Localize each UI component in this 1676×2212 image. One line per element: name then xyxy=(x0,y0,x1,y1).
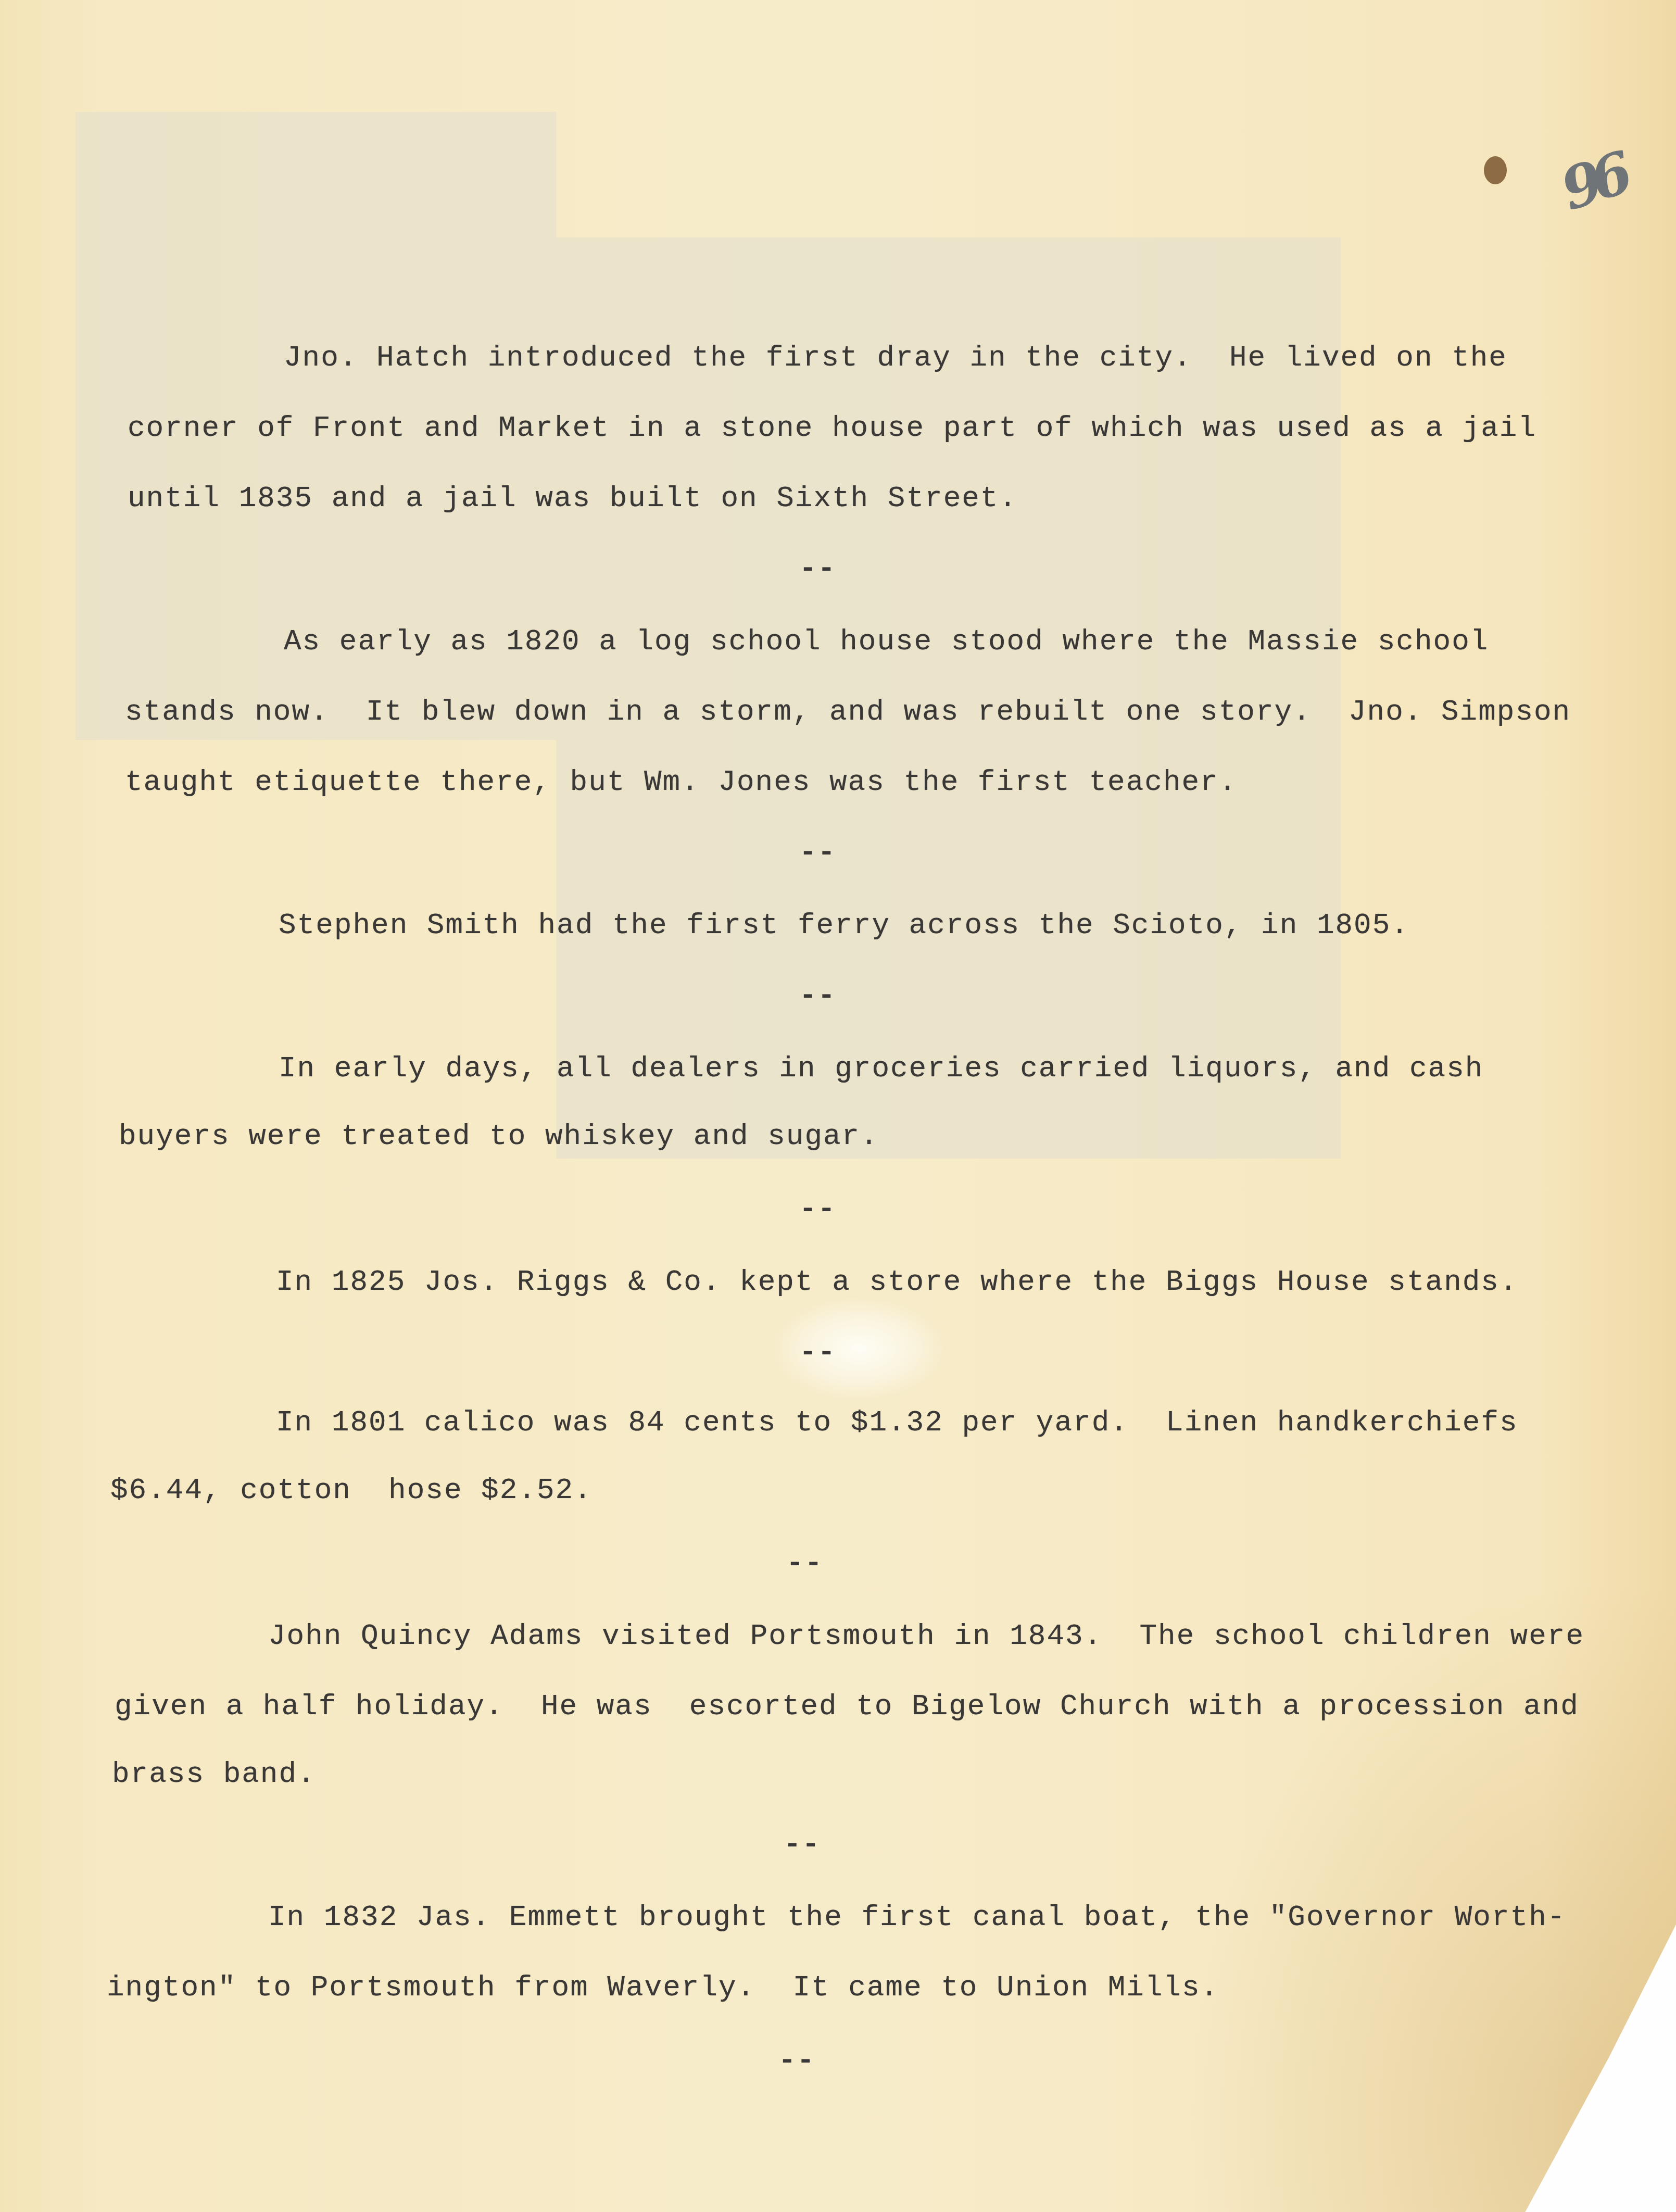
entry-2-line-2: stands now. It blew down in a storm, and… xyxy=(125,695,1571,728)
paper-tear-mark xyxy=(771,1297,948,1401)
separator: -- xyxy=(778,2044,815,2077)
entry-2-line-1: As early as 1820 a log school house stoo… xyxy=(284,625,1489,658)
document-page: 96 Jno. Hatch introduced the first dray … xyxy=(0,0,1676,2212)
entry-1-line-3: until 1835 and a jail was built on Sixth… xyxy=(128,482,1017,515)
entry-6-line-1: In 1801 calico was 84 cents to $1.32 per… xyxy=(276,1406,1518,1439)
entry-8-line-2: ington" to Portsmouth from Waverly. It c… xyxy=(107,1971,1219,2004)
entry-7-line-1: John Quincy Adams visited Portsmouth in … xyxy=(268,1619,1584,1653)
entry-8-line-1: In 1832 Jas. Emmett brought the first ca… xyxy=(268,1901,1566,1934)
entry-6-line-2: $6.44, cotton hose $2.52. xyxy=(110,1474,593,1507)
separator: -- xyxy=(799,979,836,1012)
entry-1-line-2: corner of Front and Market in a stone ho… xyxy=(128,411,1536,445)
separator: -- xyxy=(784,1828,821,1861)
entry-7-line-2: given a half holiday. He was escorted to… xyxy=(115,1690,1579,1723)
separator: -- xyxy=(799,1192,836,1226)
entry-4-line-1: In early days, all dealers in groceries … xyxy=(279,1052,1483,1085)
ink-dot-mark xyxy=(1484,156,1507,184)
entry-3-line-1: Stephen Smith had the first ferry across… xyxy=(279,909,1409,942)
entry-4-line-2: buyers were treated to whiskey and sugar… xyxy=(119,1120,879,1153)
separator: -- xyxy=(799,836,836,869)
entry-5-line-1: In 1825 Jos. Riggs & Co. kept a store wh… xyxy=(276,1265,1518,1299)
separator: -- xyxy=(799,1336,836,1369)
entry-1-line-1: Jno. Hatch introduced the first dray in … xyxy=(284,341,1507,374)
separator: -- xyxy=(799,552,836,585)
entry-2-line-3: taught etiquette there, but Wm. Jones wa… xyxy=(125,765,1237,799)
entry-7-line-3: brass band. xyxy=(112,1757,316,1791)
folio-number: 96 xyxy=(1553,141,1632,223)
separator: -- xyxy=(786,1547,823,1580)
